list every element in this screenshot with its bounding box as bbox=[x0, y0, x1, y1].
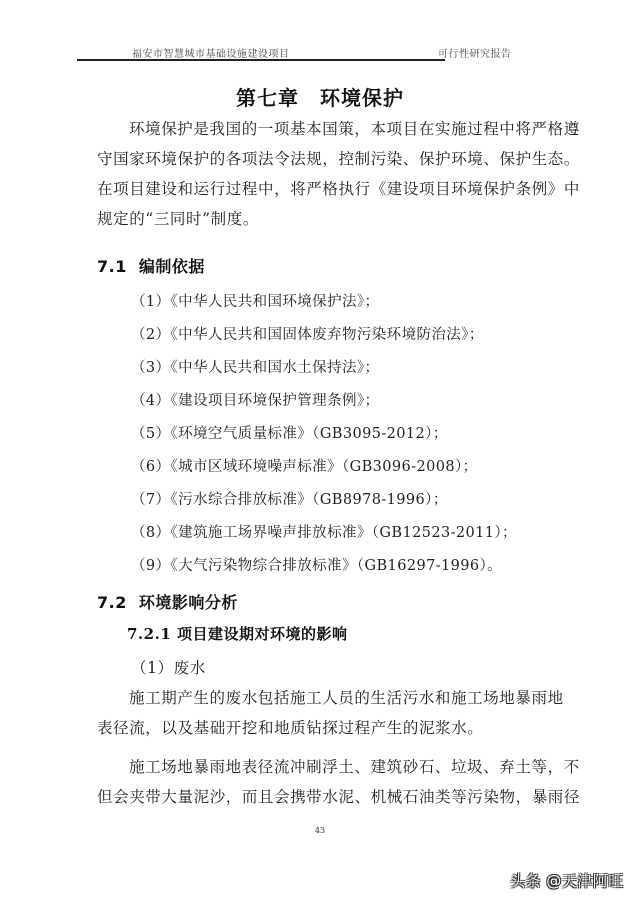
section-title: 环境影响分析 bbox=[139, 593, 238, 612]
list-item: （9）《大气污染物综合排放标准》（GB16297-1996）。 bbox=[131, 554, 502, 575]
list-item: （7）《污水综合排放标准》（GB8978-1996）； bbox=[131, 488, 448, 509]
list-item: （3）《中华人民共和国水土保持法》； bbox=[131, 356, 379, 377]
subitem-wastewater: （1）废水 bbox=[131, 656, 206, 678]
paragraph-line: 表径流，以及基础开挖和地质钻探过程产生的泥浆水。 bbox=[97, 713, 537, 743]
intro-line: 规定的“三同时”制度。 bbox=[97, 204, 537, 234]
section-heading-7-1: 7.1 编制依据 bbox=[97, 254, 205, 277]
header-rule bbox=[77, 59, 445, 61]
source-watermark: 头条 @天津阿旺 bbox=[510, 870, 624, 891]
intro-line: 在项目建设和运行过程中，将严格执行《建设项目环境保护条例》中 bbox=[97, 174, 537, 204]
list-item: （8）《建筑施工场界噪声排放标准》（GB12523-2011）； bbox=[131, 521, 517, 542]
section-title: 编制依据 bbox=[139, 257, 205, 276]
paragraph-line: 施工期产生的废水包括施工人员的生活污水和施工场地暴雨地 bbox=[97, 683, 537, 713]
header-report-type: 可行性研究报告 bbox=[438, 45, 512, 60]
paragraph-line: 施工场地暴雨地表径流冲刷浮土、建筑砂石、垃圾、弃土等，不 bbox=[97, 752, 537, 782]
chapter-title: 第七章 环境保护 bbox=[0, 82, 640, 111]
intro-line: 守国家环境保护的各项法令法规，控制污染、保护环境、保护生态。 bbox=[97, 144, 537, 174]
section-number: 7.1 bbox=[97, 257, 127, 276]
subsection-heading-7-2-1: 7.2.1 项目建设期对环境的影响 bbox=[127, 623, 347, 644]
header-project-name: 福安市智慧城市基础设施建设项目 bbox=[132, 45, 290, 60]
intro-paragraph: 环境保护是我国的一项基本国策，本项目在实施过程中将严格遵 守国家环境保护的各项法… bbox=[97, 114, 537, 234]
list-item: （5）《环境空气质量标准》（GB3095-2012）； bbox=[131, 422, 448, 443]
intro-line: 环境保护是我国的一项基本国策，本项目在实施过程中将严格遵 bbox=[97, 114, 537, 144]
paragraph-line: 但会夹带大量泥沙，而且会携带水泥、机械石油类等污染物，暴雨径 bbox=[97, 782, 537, 812]
section-heading-7-2: 7.2 环境影响分析 bbox=[97, 590, 238, 613]
list-item: （1）《中华人民共和国环境保护法》； bbox=[131, 290, 379, 311]
list-item: （6）《城市区域环境噪声标准》（GB3096-2008）； bbox=[131, 455, 478, 476]
wastewater-paragraph-1: 施工期产生的废水包括施工人员的生活污水和施工场地暴雨地 表径流，以及基础开挖和地… bbox=[97, 683, 537, 743]
page-number: 43 bbox=[0, 826, 640, 835]
list-item: （4）《建设项目环境保护管理条例》； bbox=[131, 389, 379, 410]
section-number: 7.2 bbox=[97, 593, 127, 612]
document-page: 福安市智慧城市基础设施建设项目 可行性研究报告 第七章 环境保护 环境保护是我国… bbox=[0, 0, 640, 905]
wastewater-paragraph-2: 施工场地暴雨地表径流冲刷浮土、建筑砂石、垃圾、弃土等，不 但会夹带大量泥沙，而且… bbox=[97, 752, 537, 812]
list-item: （2）《中华人民共和国固体废弃物污染环境防治法》； bbox=[131, 323, 484, 344]
